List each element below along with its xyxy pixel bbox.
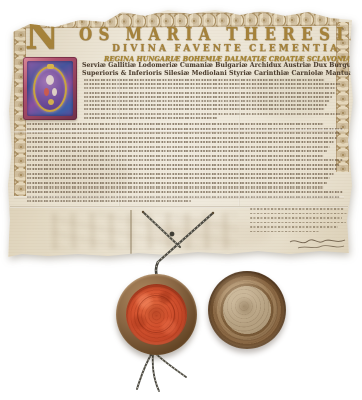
vertical-crease — [238, 78, 240, 206]
wooden-seal-case-lid — [208, 271, 286, 349]
manuscript-line — [27, 155, 324, 157]
manuscript-line — [27, 173, 334, 175]
manuscript-line — [27, 186, 324, 188]
heraldic-figure — [52, 88, 57, 96]
title-line-5: Superioris & Inferioris Silesiæ Mediolan… — [82, 70, 362, 77]
crown-ornament — [47, 64, 54, 69]
red-wax-seal — [126, 284, 187, 345]
title-line-4: Serviæ Gallitiæ Lodomeriæ Cumaniæ Bulgar… — [82, 62, 362, 69]
docket-line — [250, 213, 348, 215]
manuscript-line — [27, 141, 334, 143]
auction-photo: N OS MARIA THERESIA DIVINA FAVENTE CLEME… — [0, 0, 362, 400]
manuscript-line — [84, 79, 325, 81]
heading-line-1: OS MARIA THERESIA — [79, 24, 362, 45]
manuscript-line — [84, 100, 330, 102]
docket-line — [250, 217, 342, 219]
manuscript-line — [84, 87, 337, 89]
docket-line — [250, 231, 319, 233]
manuscript-line — [84, 104, 327, 106]
wood-grain-knot — [234, 297, 256, 317]
illuminated-initial-panel — [23, 57, 77, 120]
illuminated-panel-field — [27, 61, 73, 116]
manuscript-line — [27, 150, 327, 152]
manuscript-line — [27, 146, 330, 148]
manuscript-line — [27, 168, 337, 170]
heading-line-2: DIVINA FAVENTE CLEMENTIA — [112, 44, 340, 54]
heraldic-figure — [46, 75, 54, 85]
manuscript-line — [84, 92, 335, 94]
docket-line — [250, 208, 344, 210]
manuscript-line — [27, 137, 337, 139]
manuscript-text-block-upper — [84, 79, 340, 123]
horizontal-crease — [14, 196, 344, 199]
heading-large-initial: N — [25, 17, 59, 53]
manuscript-line — [84, 83, 340, 85]
vertical-crease — [118, 78, 120, 206]
seal-impression-center — [146, 304, 167, 325]
manuscript-line — [27, 200, 191, 202]
heraldic-figure — [48, 99, 54, 105]
manuscript-line — [27, 164, 340, 166]
docket-line — [250, 222, 346, 224]
manuscript-text-block-lower — [27, 123, 343, 207]
manuscript-line — [84, 117, 217, 119]
manuscript-line — [27, 177, 330, 179]
docket-line — [250, 226, 338, 228]
red-wax-seal-in-wooden-case — [116, 274, 197, 355]
manuscript-line — [27, 159, 343, 161]
show-through-text — [52, 213, 237, 249]
manuscript-line — [27, 123, 324, 125]
heraldic-figure — [44, 88, 49, 96]
manuscript-line — [84, 108, 325, 110]
manuscript-line — [84, 96, 332, 98]
manuscript-line — [84, 113, 340, 115]
manuscript-line — [27, 182, 327, 184]
manuscript-line — [27, 191, 343, 193]
signature — [288, 236, 348, 254]
